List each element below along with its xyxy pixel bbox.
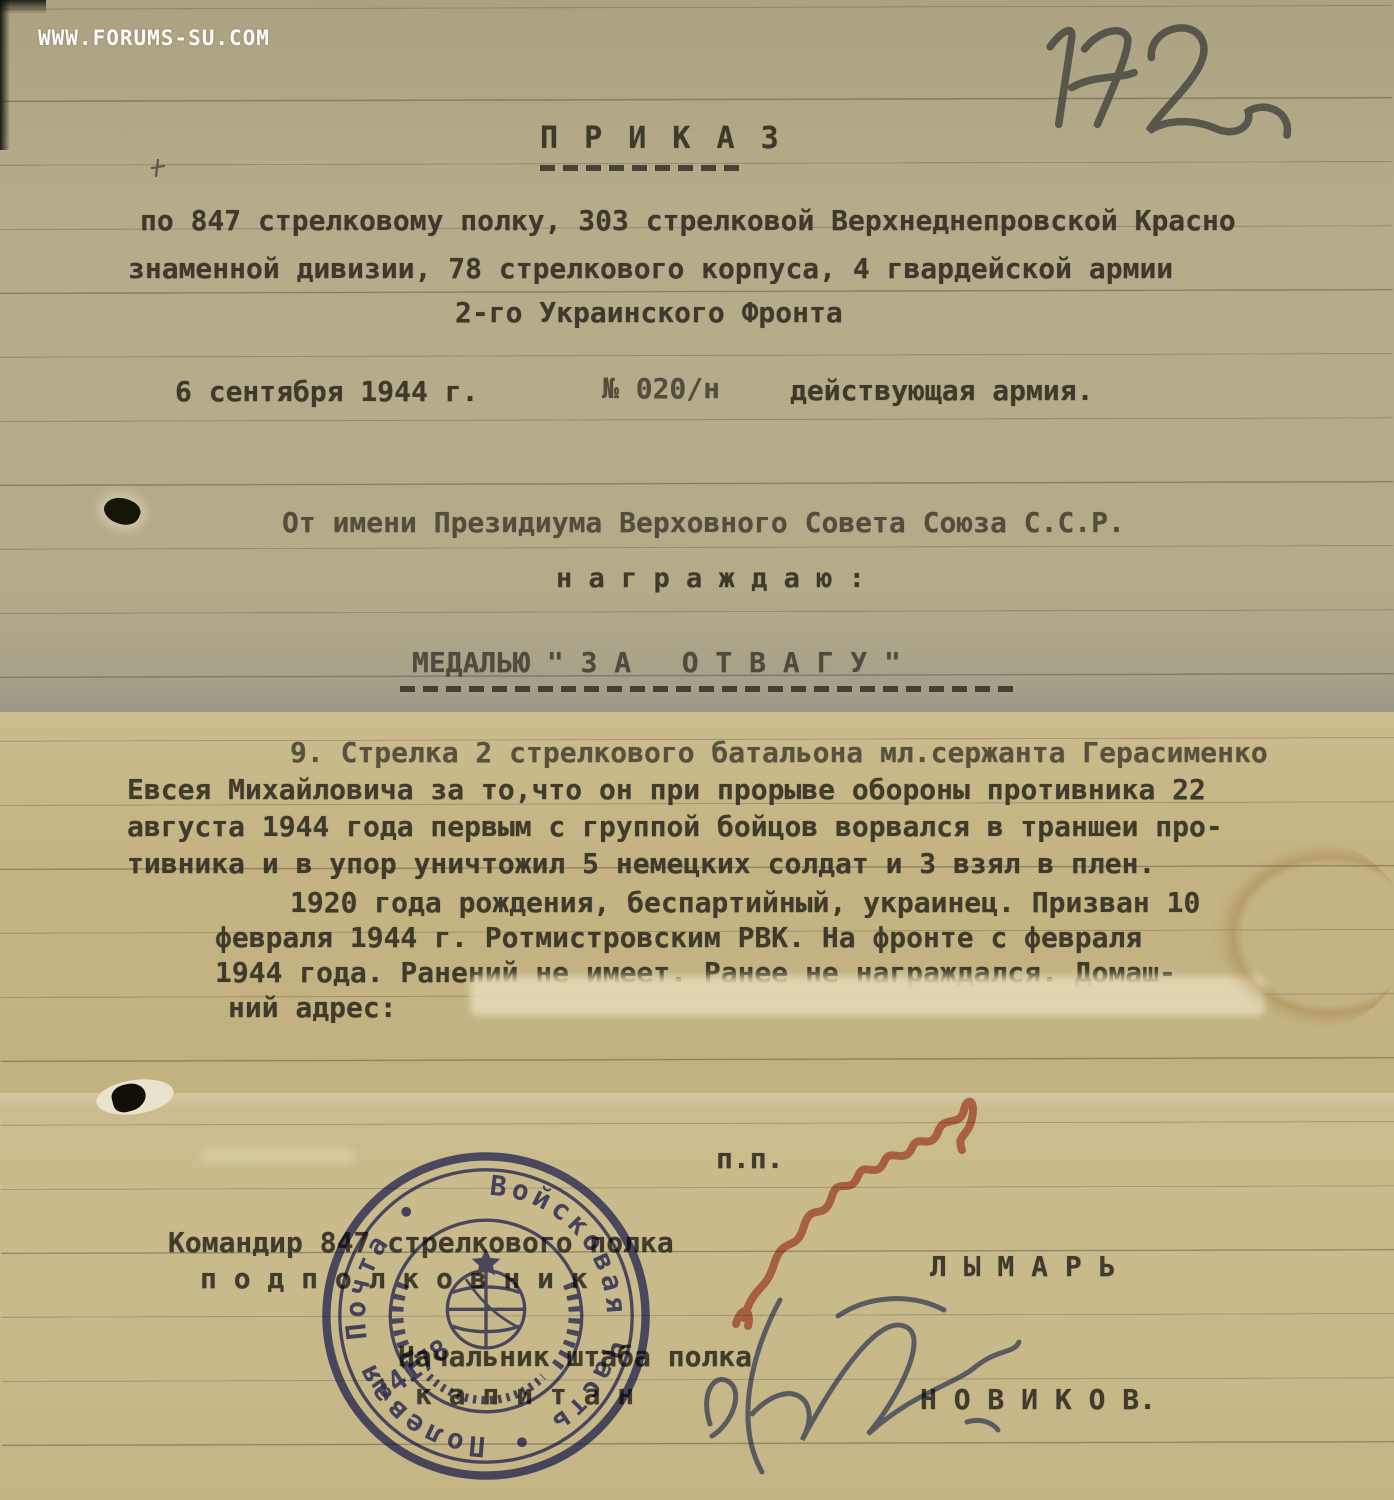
citation-p1-line3: августа 1944 года первым с группой бойцо… <box>127 810 1223 844</box>
order-header-line1: по 847 стрелковому полку, 303 стрелковой… <box>140 204 1236 238</box>
military-unit-round-stamp: Войсковая Часть • Полевая Почта • 74178 <box>318 1148 654 1484</box>
water-stain <box>1212 840 1394 1030</box>
award-verb: н а г р а ж д а ю : <box>556 562 865 596</box>
scanned-award-order-document: WWW.FORUMS-SU.COM П Р И К А З по 847 стр… <box>0 0 1394 1500</box>
citation-p1-line4: тивника и в упор уничтожил 5 немецких со… <box>127 847 1155 881</box>
order-number: № 020/н <box>602 372 720 406</box>
citation-p1-line2: Евсея Михайловича за то,что он при проры… <box>127 773 1206 807</box>
scan-corner-shadow <box>0 0 46 14</box>
order-title: П Р И К А З <box>540 122 783 156</box>
army-note: действующая армия. <box>790 374 1093 408</box>
pencil-tick-mark <box>150 158 166 178</box>
citation-p2-line2: февраля 1944 г. Ротмистровским РВК. На ф… <box>215 921 1142 955</box>
order-date: 6 сентября 1944 г. <box>175 375 478 409</box>
citation-p1-line1: 9. Стрелка 2 стрелкового батальона мл.се… <box>290 736 1268 770</box>
preamble-line: От имени Президиума Верховного Совета Со… <box>282 506 1125 540</box>
title-underline <box>540 165 740 171</box>
citation-p2-line4: ний адрес: <box>228 991 397 1025</box>
medal-underline <box>400 686 1015 692</box>
order-header-line3: 2-го Украинского Фронта <box>455 296 843 330</box>
stamp-field-post-number: 74178 <box>366 1332 456 1409</box>
chief-of-staff-signature-blue <box>612 1272 1082 1482</box>
scan-edge-shadow <box>0 0 10 150</box>
watermark-text: WWW.FORUMS-SU.COM <box>38 26 270 50</box>
handwritten-page-number-172 <box>1030 8 1320 148</box>
redacted-address-area <box>470 976 1265 1016</box>
order-header-line2: знаменной дивизии, 78 стрелкового корпус… <box>128 252 1173 286</box>
medal-line: МЕДАЛЬЮ " З А О Т В А Г У " <box>412 646 901 680</box>
citation-p2-line1: 1920 года рождения, беспартийный, украин… <box>290 886 1200 920</box>
